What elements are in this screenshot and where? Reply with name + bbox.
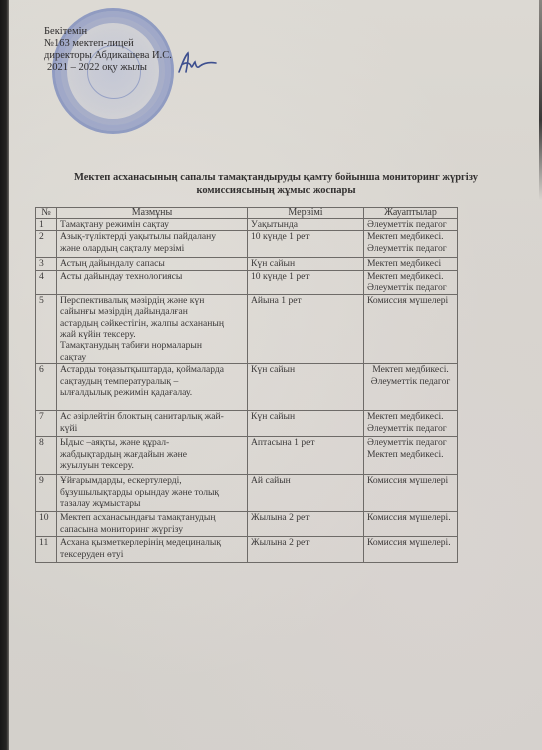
table-row: 9Ұйғарымдарды, ескертулерді,бұзушылықтар… bbox=[36, 475, 458, 512]
cell-number: 4 bbox=[36, 270, 57, 294]
cell-number: 2 bbox=[36, 231, 57, 258]
cell-content-line: Тамақтанудың табиғи нормаларын bbox=[60, 340, 244, 351]
cell-term-line: 10 күнде 1 рет bbox=[251, 231, 360, 242]
table-row: 11Асхана қызметкерлерінің медециналықтек… bbox=[36, 537, 458, 563]
cell-number: 1 bbox=[36, 219, 57, 231]
cell-responsible-line: Мектеп медбикесі. bbox=[367, 411, 454, 422]
cell-responsible: Әлеуметтік педагог bbox=[364, 219, 458, 231]
cell-responsible-line: Комиссия мүшелері bbox=[367, 295, 454, 306]
cell-content-line: сайынғы мәзірдің дайындалған bbox=[60, 306, 244, 317]
cell-responsible-line: Комиссия мүшелері. bbox=[367, 537, 454, 548]
cell-content-line: сапасына мониторинг жүргізу bbox=[60, 524, 244, 535]
cell-number: 8 bbox=[36, 437, 57, 475]
header-content: Мазмұны bbox=[57, 208, 248, 219]
cell-responsible: Мектеп медбикесі.Әлеуметтік педагог bbox=[364, 270, 458, 294]
cell-responsible-line: Әлеуметтік педагог bbox=[367, 376, 454, 387]
cell-term: Ай сайын bbox=[248, 475, 364, 512]
document-title: Мектеп асханасының сапалы тамақтандыруды… bbox=[40, 171, 512, 197]
cell-number: 3 bbox=[36, 258, 57, 270]
cell-term: Жылына 2 рет bbox=[248, 537, 364, 563]
table-row: 4Асты дайындау технологиясы10 күнде 1 ре… bbox=[36, 270, 458, 294]
table-row: 2Азық-түліктерді уақытылы пайдаланужәне … bbox=[36, 231, 458, 258]
cell-content-line: сақтаудың температуралық – bbox=[60, 376, 244, 387]
cell-content-line: Астарды тоңазытқыштарда, қоймаларда bbox=[60, 364, 244, 375]
title-line-2: комиссиясының жұмыс жоспары bbox=[40, 184, 512, 197]
signature-icon bbox=[176, 50, 218, 76]
approval-block: Бекітемін №163 мектеп-лицей директоры Аб… bbox=[44, 26, 172, 74]
cell-term-line: Уақытында bbox=[251, 219, 360, 230]
cell-responsible-line: Комиссия мүшелері bbox=[367, 475, 454, 486]
cell-content-line: Асты дайындау технологиясы bbox=[60, 271, 244, 282]
cell-responsible-line: Әлеуметтік педагог bbox=[367, 437, 454, 448]
table-header-row: № Мазмұны Мерзімі Жауаптылар bbox=[36, 208, 458, 219]
cell-content-line: Асхана қызметкерлерінің медециналық bbox=[60, 537, 244, 548]
table-row: 10Мектеп асханасындағы тамақтанудыңсапас… bbox=[36, 512, 458, 537]
cell-content: Астың дайындалу сапасы bbox=[57, 258, 248, 270]
cell-content: Ас әзірлейтін блоктың санитарлық жай-күй… bbox=[57, 411, 248, 437]
cell-responsible-line: Әлеуметтік педагог bbox=[367, 243, 454, 254]
cell-term: Күн сайын bbox=[248, 411, 364, 437]
cell-content: Ұйғарымдарды, ескертулерді,бұзушылықтард… bbox=[57, 475, 248, 512]
table-row: 6Астарды тоңазытқыштарда, қоймалардасақт… bbox=[36, 364, 458, 411]
cell-term: Аптасына 1 рет bbox=[248, 437, 364, 475]
cell-content-line: Ыдыс –аяқты, және құрал- bbox=[60, 437, 244, 448]
cell-responsible-line: Мектеп медбикесі. bbox=[367, 364, 454, 375]
cell-content-line: Азық-түліктерді уақытылы пайдалану bbox=[60, 231, 244, 242]
cell-content-line: Астың дайындалу сапасы bbox=[60, 258, 244, 269]
cell-content-line: Мектеп асханасындағы тамақтанудың bbox=[60, 512, 244, 523]
cell-responsible-line: Комиссия мүшелері. bbox=[367, 512, 454, 523]
cell-content-line: және олардың сақталу мерзімі bbox=[60, 243, 244, 254]
cell-term-line: Күн сайын bbox=[251, 258, 360, 269]
cell-term: Жылына 2 рет bbox=[248, 512, 364, 537]
title-line-1: Мектеп асханасының сапалы тамақтандыруды… bbox=[40, 171, 512, 184]
cell-content-line: Ас әзірлейтін блоктың санитарлық жай- bbox=[60, 411, 244, 422]
cell-content: Перспективалық мәзірдің және күнсайынғы … bbox=[57, 294, 248, 363]
work-plan-table: № Мазмұны Мерзімі Жауаптылар 1Тамақтану … bbox=[35, 207, 458, 563]
cell-term: 10 күнде 1 рет bbox=[248, 270, 364, 294]
header-number: № bbox=[36, 208, 57, 219]
table-body: 1Тамақтану режимін сақтауУақытындаӘлеуме… bbox=[36, 219, 458, 563]
cell-responsible: Комиссия мүшелері bbox=[364, 475, 458, 512]
table-row: 7Ас әзірлейтін блоктың санитарлық жай-кү… bbox=[36, 411, 458, 437]
cell-term: Уақытында bbox=[248, 219, 364, 231]
cell-term-line: Айына 1 рет bbox=[251, 295, 360, 306]
table-row: 1Тамақтану режимін сақтауУақытындаӘлеуме… bbox=[36, 219, 458, 231]
cell-term-line: Жылына 2 рет bbox=[251, 512, 360, 523]
cell-content-line: астардың сәйкестігін, жалпы асхананың bbox=[60, 318, 244, 329]
cell-responsible: Комиссия мүшелері. bbox=[364, 512, 458, 537]
cell-term: 10 күнде 1 рет bbox=[248, 231, 364, 258]
approval-line-school: №163 мектеп-лицей bbox=[44, 38, 172, 50]
cell-content-line: Перспективалық мәзірдің және күн bbox=[60, 295, 244, 306]
cell-content: Астарды тоңазытқыштарда, қоймалардасақта… bbox=[57, 364, 248, 411]
approval-line-year: 2021 – 2022 оқу жылы bbox=[44, 62, 172, 74]
cell-responsible-line: Әлеуметтік педагог bbox=[367, 219, 454, 230]
cell-responsible-line: Мектеп медбикесі bbox=[367, 258, 454, 269]
table-row: 5Перспективалық мәзірдің және күнсайынғы… bbox=[36, 294, 458, 363]
cell-content-line: жабдықтардың жағдайын және bbox=[60, 449, 244, 460]
cell-responsible: Әлеуметтік педагогМектеп медбикесі. bbox=[364, 437, 458, 475]
cell-term: Күн сайын bbox=[248, 258, 364, 270]
cell-term-line: Ай сайын bbox=[251, 475, 360, 486]
cell-responsible: Комиссия мүшелері bbox=[364, 294, 458, 363]
cell-content-line: күйі bbox=[60, 423, 244, 434]
cell-term-line: Аптасына 1 рет bbox=[251, 437, 360, 448]
cell-content: Ыдыс –аяқты, және құрал-жабдықтардың жағ… bbox=[57, 437, 248, 475]
cell-term-line: Жылына 2 рет bbox=[251, 537, 360, 548]
cell-responsible: Комиссия мүшелері. bbox=[364, 537, 458, 563]
header-term: Мерзімі bbox=[248, 208, 364, 219]
cell-responsible: Мектеп медбикесі.Әлеуметтік педагог bbox=[364, 364, 458, 411]
cell-number: 5 bbox=[36, 294, 57, 363]
cell-term-line: 10 күнде 1 рет bbox=[251, 271, 360, 282]
approval-line-approve: Бекітемін bbox=[44, 26, 172, 38]
cell-content-line: Тамақтану режимін сақтау bbox=[60, 219, 244, 230]
cell-term: Айына 1 рет bbox=[248, 294, 364, 363]
cell-content-line: жай күйін тексеру. bbox=[60, 329, 244, 340]
cell-content-line: Ұйғарымдарды, ескертулерді, bbox=[60, 475, 244, 486]
photo-left-edge bbox=[0, 0, 9, 750]
cell-content: Тамақтану режимін сақтау bbox=[57, 219, 248, 231]
cell-term-line: Күн сайын bbox=[251, 411, 360, 422]
cell-content-line: жуылуын тексеру. bbox=[60, 460, 244, 471]
cell-content-line: тексеруден өтуі bbox=[60, 549, 244, 560]
cell-content: Асты дайындау технологиясы bbox=[57, 270, 248, 294]
cell-number: 10 bbox=[36, 512, 57, 537]
cell-content-line: бұзушылықтарды орындау және толық bbox=[60, 487, 244, 498]
cell-responsible: Мектеп медбикесі bbox=[364, 258, 458, 270]
cell-term: Күн сайын bbox=[248, 364, 364, 411]
cell-responsible-line: Әлеуметтік педагог bbox=[367, 423, 454, 434]
cell-number: 9 bbox=[36, 475, 57, 512]
table-row: 3Астың дайындалу сапасыКүн сайынМектеп м… bbox=[36, 258, 458, 270]
cell-number: 6 bbox=[36, 364, 57, 411]
cell-content: Асхана қызметкерлерінің медециналықтексе… bbox=[57, 537, 248, 563]
cell-responsible-line: Мектеп медбикесі. bbox=[367, 231, 454, 242]
cell-responsible-line: Мектеп медбикесі. bbox=[367, 271, 454, 282]
approval-line-director: директоры Абдикашева И.С. bbox=[44, 50, 172, 62]
cell-responsible: Мектеп медбикесі.Әлеуметтік педагог bbox=[364, 411, 458, 437]
table-row: 8Ыдыс –аяқты, және құрал-жабдықтардың жа… bbox=[36, 437, 458, 475]
cell-content-line: сақтау bbox=[60, 352, 244, 363]
cell-responsible: Мектеп медбикесі.Әлеуметтік педагог bbox=[364, 231, 458, 258]
header-responsible: Жауаптылар bbox=[364, 208, 458, 219]
cell-content-line: тазалау жұмыстары bbox=[60, 498, 244, 509]
cell-number: 11 bbox=[36, 537, 57, 563]
cell-number: 7 bbox=[36, 411, 57, 437]
cell-term-line: Күн сайын bbox=[251, 364, 360, 375]
cell-responsible-line: Әлеуметтік педагог bbox=[367, 282, 454, 293]
cell-content: Мектеп асханасындағы тамақтанудыңсапасын… bbox=[57, 512, 248, 537]
cell-content: Азық-түліктерді уақытылы пайдаланужәне о… bbox=[57, 231, 248, 258]
cell-content-line: ылғалдылық режимін қадағалау. bbox=[60, 387, 244, 398]
cell-responsible-line: Мектеп медбикесі. bbox=[367, 449, 454, 460]
